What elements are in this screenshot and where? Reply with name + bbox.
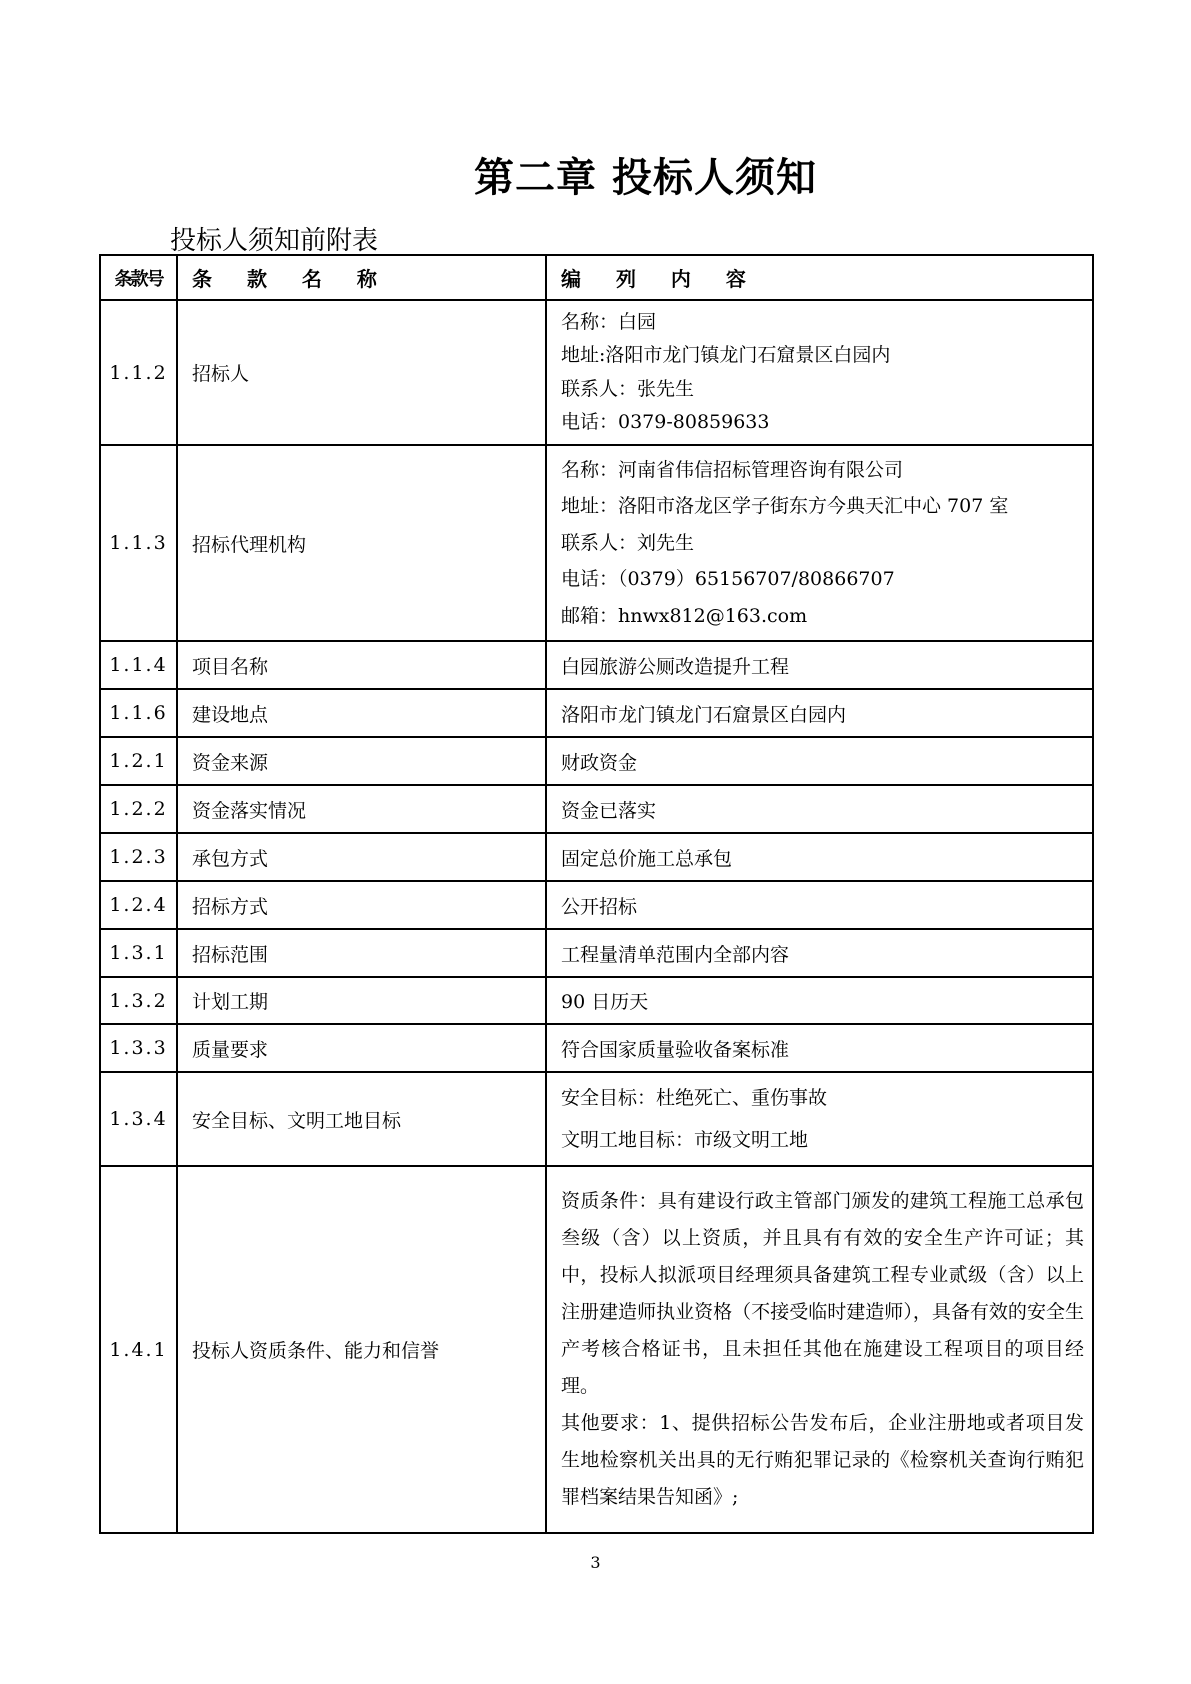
clause-name: 资金来源 xyxy=(177,737,546,785)
clause-number: 1.1.6 xyxy=(100,689,177,737)
clause-number: 1.3.3 xyxy=(100,1024,177,1072)
header-content: 编 列 内 容 xyxy=(546,255,1093,300)
table-title: 投标人须知前附表 xyxy=(170,220,378,257)
clause-number: 1.4.1 xyxy=(100,1166,177,1533)
chapter-title: 第二章 投标人须知 xyxy=(0,146,1191,203)
content-line: 安全目标：杜绝死亡、重伤事故 xyxy=(561,1077,1078,1119)
clause-content: 名称：河南省伟信招标管理咨询有限公司 地址：洛阳市洛龙区学子街东方今典天汇中心 … xyxy=(546,445,1093,641)
clause-name: 承包方式 xyxy=(177,833,546,881)
table-row: 1.2.3 承包方式 固定总价施工总承包 xyxy=(100,833,1093,881)
content-paragraph: 资质条件：具有建设行政主管部门颁发的建筑工程施工总承包叁级（含）以上资质，并且具… xyxy=(561,1183,1084,1405)
table-row: 1.3.2 计划工期 90 日历天 xyxy=(100,977,1093,1024)
table-row: 1.3.4 安全目标、文明工地目标 安全目标：杜绝死亡、重伤事故 文明工地目标：… xyxy=(100,1072,1093,1166)
content-line: 联系人：张先生 xyxy=(561,373,1078,407)
page-number: 3 xyxy=(0,1553,1191,1572)
header-clause-name: 条 款 名 称 xyxy=(177,255,546,300)
clause-number: 1.2.3 xyxy=(100,833,177,881)
content-line: 地址：洛阳市洛龙区学子街东方今典天汇中心 707 室 xyxy=(561,488,1078,525)
bidder-instructions-table: 条款号 条 款 名 称 编 列 内 容 1.1.2 招标人 名称：白园 地址:洛… xyxy=(99,254,1094,1534)
table-row: 1.3.1 招标范围 工程量清单范围内全部内容 xyxy=(100,929,1093,977)
clause-name: 招标人 xyxy=(177,300,546,445)
clause-number: 1.1.3 xyxy=(100,445,177,641)
table-row: 1.4.1 投标人资质条件、能力和信誉 资质条件：具有建设行政主管部门颁发的建筑… xyxy=(100,1166,1093,1533)
clause-content: 符合国家质量验收备案标准 xyxy=(546,1024,1093,1072)
clause-name: 质量要求 xyxy=(177,1024,546,1072)
content-line: 名称：白园 xyxy=(561,306,1078,340)
table-row: 1.3.3 质量要求 符合国家质量验收备案标准 xyxy=(100,1024,1093,1072)
clause-content: 资金已落实 xyxy=(546,785,1093,833)
table-row: 1.1.2 招标人 名称：白园 地址:洛阳市龙门镇龙门石窟景区白园内 联系人：张… xyxy=(100,300,1093,445)
table-row: 1.1.4 项目名称 白园旅游公厕改造提升工程 xyxy=(100,641,1093,689)
content-line: 文明工地目标：市级文明工地 xyxy=(561,1119,1078,1161)
clause-content: 洛阳市龙门镇龙门石窟景区白园内 xyxy=(546,689,1093,737)
clause-content: 固定总价施工总承包 xyxy=(546,833,1093,881)
table-header-row: 条款号 条 款 名 称 编 列 内 容 xyxy=(100,255,1093,300)
table-row: 1.1.3 招标代理机构 名称：河南省伟信招标管理咨询有限公司 地址：洛阳市洛龙… xyxy=(100,445,1093,641)
clause-name: 招标方式 xyxy=(177,881,546,929)
clause-content: 资质条件：具有建设行政主管部门颁发的建筑工程施工总承包叁级（含）以上资质，并且具… xyxy=(546,1166,1093,1533)
clause-number: 1.3.1 xyxy=(100,929,177,977)
clause-content: 白园旅游公厕改造提升工程 xyxy=(546,641,1093,689)
clause-name: 招标代理机构 xyxy=(177,445,546,641)
clause-number: 1.3.4 xyxy=(100,1072,177,1166)
content-line: 地址:洛阳市龙门镇龙门石窟景区白园内 xyxy=(561,339,1078,373)
clause-number: 1.2.1 xyxy=(100,737,177,785)
clause-content: 公开招标 xyxy=(546,881,1093,929)
content-line: 名称：河南省伟信招标管理咨询有限公司 xyxy=(561,452,1078,489)
table-row: 1.1.6 建设地点 洛阳市龙门镇龙门石窟景区白园内 xyxy=(100,689,1093,737)
content-paragraph: 其他要求：1、提供招标公告发布后，企业注册地或者项目发生地检察机关出具的无行贿犯… xyxy=(561,1405,1084,1516)
header-clause-number: 条款号 xyxy=(100,255,177,300)
clause-content: 财政资金 xyxy=(546,737,1093,785)
clause-content: 安全目标：杜绝死亡、重伤事故 文明工地目标：市级文明工地 xyxy=(546,1072,1093,1166)
clause-content: 工程量清单范围内全部内容 xyxy=(546,929,1093,977)
clause-name: 资金落实情况 xyxy=(177,785,546,833)
clause-content: 名称：白园 地址:洛阳市龙门镇龙门石窟景区白园内 联系人：张先生 电话：0379… xyxy=(546,300,1093,445)
clause-name: 建设地点 xyxy=(177,689,546,737)
clause-content: 90 日历天 xyxy=(546,977,1093,1024)
table-row: 1.2.4 招标方式 公开招标 xyxy=(100,881,1093,929)
clause-number: 1.3.2 xyxy=(100,977,177,1024)
table-row: 1.2.1 资金来源 财政资金 xyxy=(100,737,1093,785)
clause-name: 招标范围 xyxy=(177,929,546,977)
clause-name: 计划工期 xyxy=(177,977,546,1024)
clause-name: 投标人资质条件、能力和信誉 xyxy=(177,1166,546,1533)
clause-name: 项目名称 xyxy=(177,641,546,689)
clause-number: 1.1.4 xyxy=(100,641,177,689)
content-line: 电话：（0379）65156707/80866707 xyxy=(561,561,1078,598)
table-row: 1.2.2 资金落实情况 资金已落实 xyxy=(100,785,1093,833)
content-line: 联系人：刘先生 xyxy=(561,525,1078,562)
clause-name: 安全目标、文明工地目标 xyxy=(177,1072,546,1166)
clause-number: 1.1.2 xyxy=(100,300,177,445)
content-line email: 邮箱：hnwx812@163.com xyxy=(561,598,1078,635)
clause-number: 1.2.2 xyxy=(100,785,177,833)
content-line: 电话：0379-80859633 xyxy=(561,406,1078,440)
clause-number: 1.2.4 xyxy=(100,881,177,929)
